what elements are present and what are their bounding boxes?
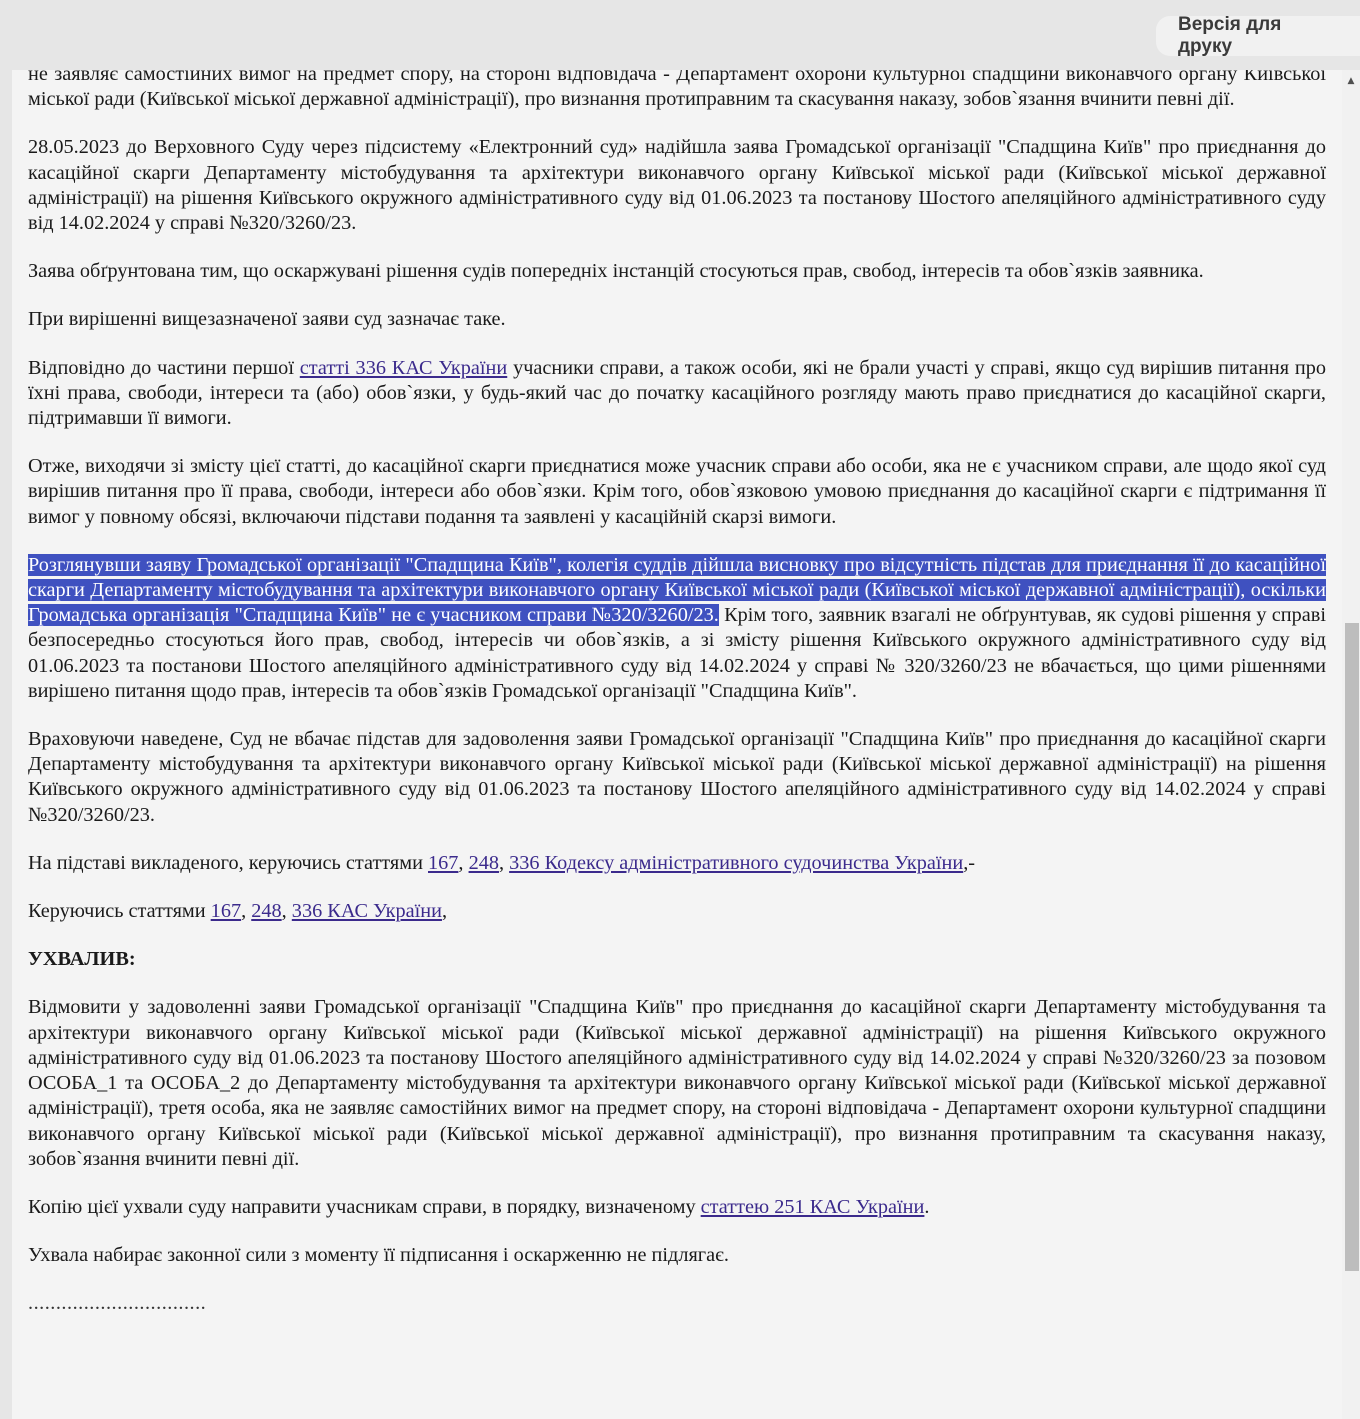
paragraph-decision: Відмовити у задоволенні заяви Громадсько… — [28, 995, 1326, 1171]
text: . — [924, 1196, 929, 1218]
link-article-336-kas[interactable]: 336 КАС України — [292, 900, 442, 922]
text: , — [282, 900, 292, 922]
link-article-336[interactable]: статті 336 КАС України — [300, 357, 507, 379]
paragraph-court-conclusion: Розглянувши заяву Громадської організаці… — [28, 553, 1326, 704]
text: Копію цієї ухвали суду направити учасник… — [28, 1196, 701, 1218]
text: , — [458, 852, 468, 874]
link-article-167[interactable]: 167 — [428, 852, 458, 874]
vertical-scrollbar[interactable]: ▲ — [1342, 70, 1360, 1419]
separator-dots: ................................ — [28, 1291, 1326, 1316]
link-article-251[interactable]: статтею 251 КАС України — [701, 1196, 925, 1218]
text: Керуючись статтями — [28, 900, 211, 922]
scroll-up-arrow-icon[interactable]: ▲ — [1342, 72, 1360, 90]
text: ,- — [963, 852, 975, 874]
paragraph-court-notes: При вирішенні вищезазначеної заяви суд з… — [28, 307, 1326, 332]
paragraph-application-received: 28.05.2023 до Верховного Суду через підс… — [28, 135, 1326, 236]
paragraph-article-336: Відповідно до частини першої статті 336 … — [28, 356, 1326, 432]
paragraph-copy-order: Копію цієї ухвали суду направити учасник… — [28, 1195, 1326, 1220]
decision-heading: УХВАЛИВ: — [28, 947, 1326, 972]
document-viewer: не заявляє самостійних вимог на предмет … — [12, 70, 1360, 1419]
link-article-248[interactable]: 248 — [469, 852, 499, 874]
text: , — [442, 900, 447, 922]
text: Відповідно до частини першої — [28, 357, 300, 379]
text: На підставі викладеного, керуючись статт… — [28, 852, 428, 874]
link-article-248[interactable]: 248 — [251, 900, 281, 922]
scrollbar-thumb[interactable] — [1345, 623, 1359, 1271]
paragraph-article-content: Отже, виходячи зі змісту цієї статті, до… — [28, 454, 1326, 530]
paragraph-legal-basis: На підставі викладеного, керуючись статт… — [28, 851, 1326, 876]
paragraph-case-parties-tail: не заявляє самостійних вимог на предмет … — [28, 70, 1326, 112]
paragraph-application-grounds: Заява обґрунтована тим, що оскаржувані р… — [28, 259, 1326, 284]
link-article-167[interactable]: 167 — [211, 900, 241, 922]
link-article-336-code[interactable]: 336 Кодексу адміністративного судочинств… — [509, 852, 963, 874]
text: , — [241, 900, 251, 922]
paragraph-guided-by: Керуючись статтями 167, 248, 336 КАС Укр… — [28, 899, 1326, 924]
print-version-button[interactable]: Версія для друку — [1156, 16, 1360, 56]
paragraph-effect: Ухвала набирає законної сили з моменту ї… — [28, 1243, 1326, 1268]
paragraph-considering: Враховуючи наведене, Суд не вбачає підст… — [28, 727, 1326, 828]
document-content: не заявляє самостійних вимог на предмет … — [28, 70, 1326, 1340]
text: , — [499, 852, 509, 874]
